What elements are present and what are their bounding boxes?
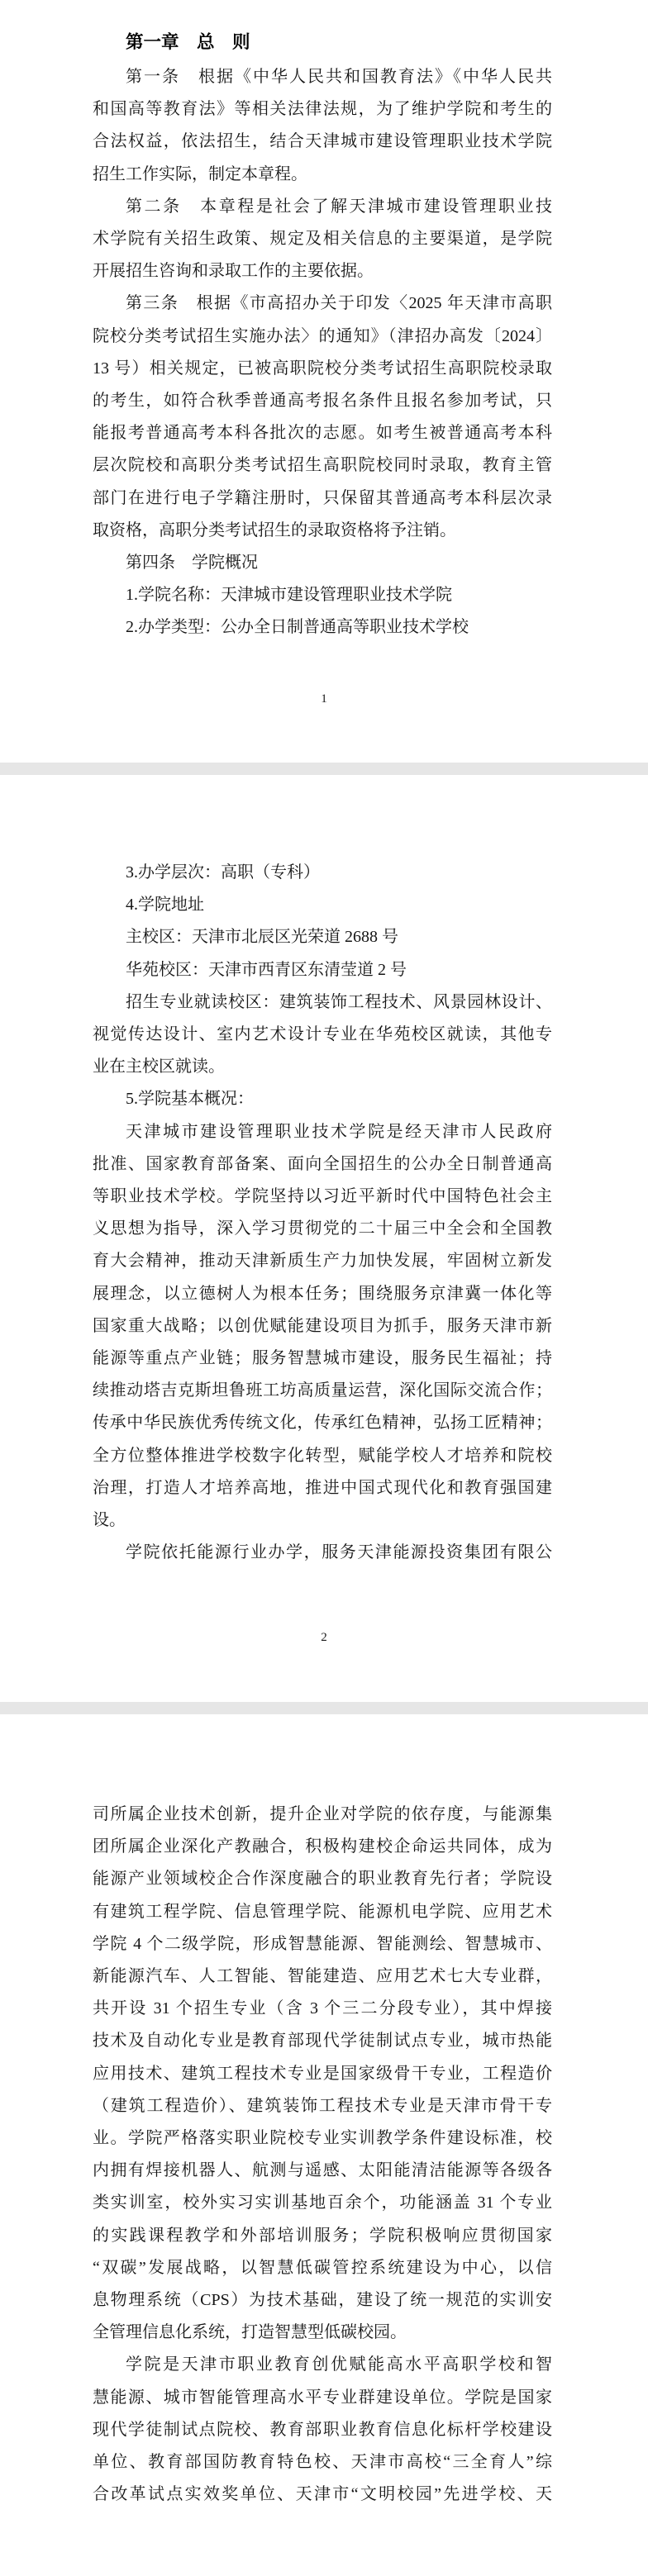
text-line: 技术及自动化专业是教育部现代学徒制试点专业，城市热能 (93, 2025, 552, 2057)
text-line: 应用技术、建筑工程技术专业是国家级骨干专业，工程造价 (93, 2058, 552, 2090)
text-line: 全方位整体推进学校数字化转型，赋能学校人才培养和院校 (93, 1440, 552, 1472)
text-line: 学院依托能源行业办学，服务天津能源投资集团有限公 (93, 1537, 552, 1569)
text-line: 第二条 本章程是社会了解天津城市建设管理职业技 (93, 191, 552, 223)
text-line: 学院 4 个二级学院，形成智慧能源、智能测绘、智慧城市、 (93, 1928, 552, 1961)
text-line: 天津城市建设管理职业技术学院是经天津市人民政府 (93, 1116, 552, 1148)
page-number: 2 (0, 1631, 648, 1645)
text-line: 开展招生咨询和录取工作的主要依据。 (93, 255, 552, 288)
text-line: 第一条 根据《中华人民共和国教育法》《中华人民共 (93, 61, 552, 93)
page-2: 3.办学层次：高职（专科）4.学院地址主校区：天津市北辰区光荣道 2688 号华… (0, 775, 648, 1702)
text-line: 内拥有焊接机器人、航测与遥感、太阳能清洁能源等各级各 (93, 2155, 552, 2187)
text-line: 招生专业就读校区：建筑装饰工程技术、风景园林设计、 (93, 986, 552, 1019)
text-line: 能源产业领域校企合作深度融合的职业教育先行者；学院设 (93, 1863, 552, 1895)
text-line: 现代学徒制试点院校、教育部职业教育信息化标杆学校建设 (93, 2414, 552, 2446)
page-number: 1 (0, 692, 648, 706)
text-line: 2.办学类型：公办全日制普通高等职业技术学校 (93, 611, 552, 644)
text-line: 能源等重点产业链；服务智慧城市建设，服务民生福祉；持 (93, 1343, 552, 1375)
page-1-text: 第一章 总 则第一条 根据《中华人民共和国教育法》《中华人民共和国高等教育法》等… (93, 23, 552, 644)
text-line: 等职业技术学校。学院坚持以习近平新时代中国特色社会主 (93, 1181, 552, 1213)
text-line: “双碳”发展战略，以智慧低碳管控系统建设为中心，以信 (93, 2252, 552, 2284)
page-1: 第一章 总 则第一条 根据《中华人民共和国教育法》《中华人民共和国高等教育法》等… (0, 0, 648, 763)
document-viewer: 第一章 总 则第一条 根据《中华人民共和国教育法》《中华人民共和国高等教育法》等… (0, 0, 648, 2576)
text-line: 层次院校和高职分类考试招生高职院校同时录取，教育主管 (93, 449, 552, 482)
text-line: 司所属企业技术创新，提升企业对学院的依存度，与能源集 (93, 1799, 552, 1831)
text-line: 3.办学层次：高职（专科） (93, 857, 552, 889)
text-line: 视觉传达设计、室内艺术设计专业在华苑校区就读，其他专 (93, 1019, 552, 1051)
text-line: 5.学院基本概况： (93, 1083, 552, 1115)
text-line: 新能源汽车、人工智能、智能建造、应用艺术七大专业群， (93, 1961, 552, 1993)
text-line: 第三条 根据《市高招办关于印发〈2025 年天津市高职 (93, 288, 552, 320)
text-line: 的考生，如符合秋季普通高考报名条件且报名参加考试，只 (93, 385, 552, 417)
text-line: 批准、国家教育部备案、面向全国招生的公办全日制普通高 (93, 1148, 552, 1181)
text-line: 单位、教育部国防教育特色校、天津市高校“三全育人”综 (93, 2446, 552, 2479)
text-line: 全管理信息化系统，打造智慧型低碳校园。 (93, 2317, 552, 2349)
text-line: 1.学院名称：天津城市建设管理职业技术学院 (93, 579, 552, 611)
text-line: 共开设 31 个招生专业（含 3 个三二分段专业），其中焊接 (93, 1993, 552, 2025)
text-line: 慧能源、城市智能管理高水平专业群建设单位。学院是国家 (93, 2382, 552, 2414)
text-line: 主校区：天津市北辰区光荣道 2688 号 (93, 921, 552, 953)
text-line: 治理，打造人才培养高地，推进中国式现代化和教育强国建 (93, 1472, 552, 1504)
chapter-heading: 第一章 总 则 (93, 23, 552, 61)
text-line: 类实训室，校外实习实训基地百余个，功能涵盖 31 个专业 (93, 2187, 552, 2219)
text-line: 合改革试点实效奖单位、天津市“文明校园”先进学校、天 (93, 2479, 552, 2511)
text-line: 第四条 学院概况 (93, 547, 552, 579)
text-line: 华苑校区：天津市西青区东清莹道 2 号 (93, 954, 552, 986)
page-separator (0, 763, 648, 775)
text-line: 续推动塔吉克斯坦鲁班工坊高质量运营，深化国际交流合作； (93, 1375, 552, 1407)
text-line: 招生工作实际，制定本章程。 (93, 159, 552, 191)
text-line: 合法权益，依法招生，结合天津城市建设管理职业技术学院 (93, 126, 552, 158)
text-line: （建筑工程造价）、建筑装饰工程技术专业是天津市骨干专 (93, 2090, 552, 2122)
text-line: 展理念，以立德树人为根本任务；围绕服务京津冀一体化等 (93, 1278, 552, 1310)
text-line: 国家重大战略；以创优赋能建设项目为抓手，服务天津市新 (93, 1310, 552, 1343)
text-line: 院校分类考试招生实施办法〉的通知》（津招办高发〔2024〕 (93, 321, 552, 353)
text-line: 学院是天津市职业教育创优赋能高水平高职学校和智 (93, 2349, 552, 2381)
text-line: 团所属企业深化产教融合，积极构建校企命运共同体，成为 (93, 1831, 552, 1863)
text-line: 业在主校区就读。 (93, 1051, 552, 1083)
text-line: 息物理系统（CPS）为技术基础，建设了统一规范的实训安 (93, 2284, 552, 2317)
page-2-text: 3.办学层次：高职（专科）4.学院地址主校区：天津市北辰区光荣道 2688 号华… (93, 857, 552, 1569)
text-line: 13 号）相关规定，已被高职院校分类考试招生高职院校录取 (93, 353, 552, 385)
text-line: 设。 (93, 1504, 552, 1537)
text-line: 的实践课程教学和外部培训服务；学院积极响应贯彻国家 (93, 2220, 552, 2252)
text-line: 和国高等教育法》等相关法律法规，为了维护学院和考生的 (93, 93, 552, 126)
page-separator (0, 1702, 648, 1714)
text-line: 传承中华民族优秀传统文化，传承红色精神，弘扬工匠精神； (93, 1407, 552, 1439)
page-3-text: 司所属企业技术创新，提升企业对学院的依存度，与能源集团所属企业深化产教融合，积极… (93, 1799, 552, 2511)
text-line: 有建筑工程学院、信息管理学院、能源机电学院、应用艺术 (93, 1896, 552, 1928)
text-line: 4.学院地址 (93, 889, 552, 921)
text-line: 育大会精神，推动天津新质生产力加快发展，牢固树立新发 (93, 1245, 552, 1277)
text-line: 能报考普通高考本科各批次的志愿。如考生被普通高考本科 (93, 417, 552, 449)
text-line: 义思想为指导，深入学习贯彻党的二十届三中全会和全国教 (93, 1213, 552, 1245)
page-3: 司所属企业技术创新，提升企业对学院的依存度，与能源集团所属企业深化产教融合，积极… (0, 1714, 648, 2576)
text-line: 术学院有关招生政策、规定及相关信息的主要渠道，是学院 (93, 223, 552, 255)
text-line: 取资格，高职分类考试招生的录取资格将予注销。 (93, 515, 552, 547)
text-line: 业。学院严格落实职业院校专业实训教学条件建设标准，校 (93, 2122, 552, 2155)
text-line: 部门在进行电子学籍注册时，只保留其普通高考本科层次录 (93, 482, 552, 515)
